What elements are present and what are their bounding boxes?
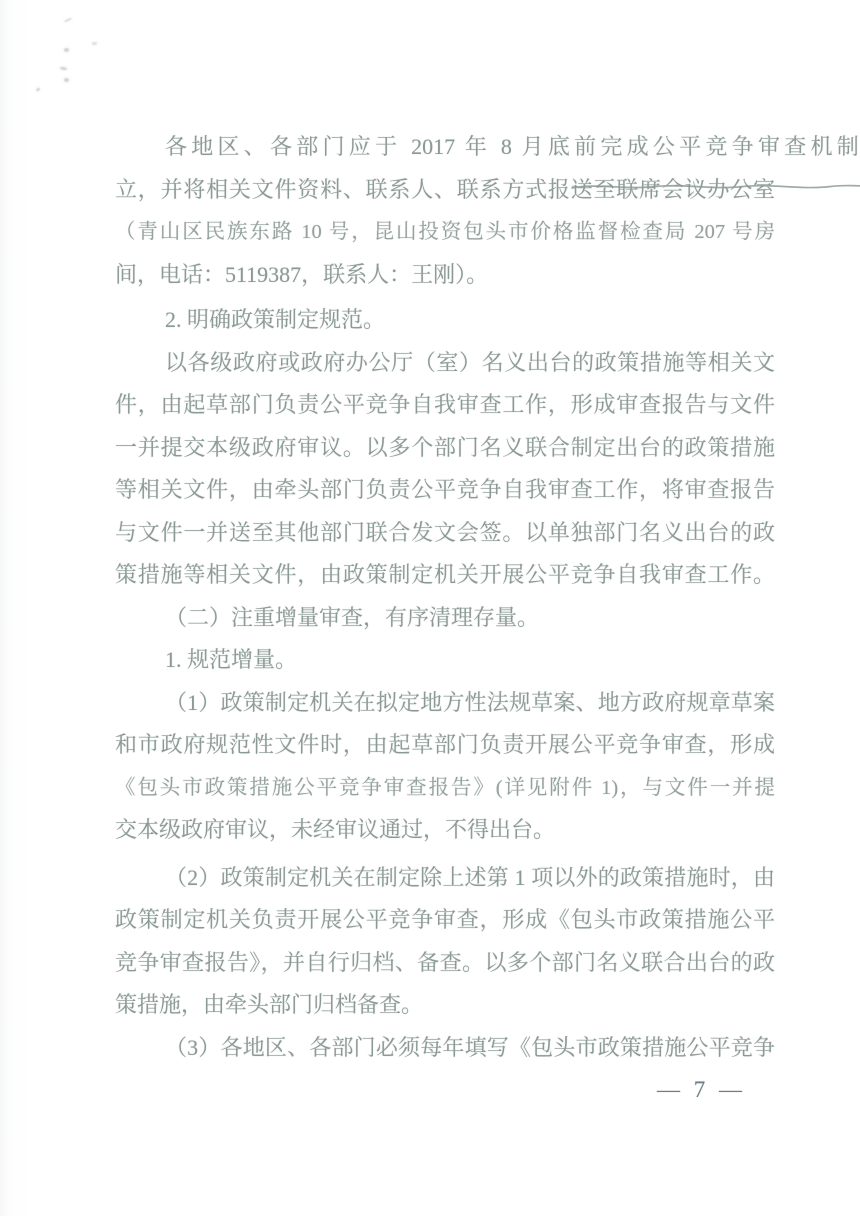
para4-line3: 竞争审查报告》，并自行归档、备查。以多个部门名义联合出台的政 [115, 942, 775, 985]
scan-speckle [60, 66, 67, 70]
para4-line1: （2）政策制定机关在制定除上述第 1 项以外的政策措施时，由 [115, 857, 775, 900]
para1-line4: 间，电话：5119387，联系人：王刚）。 [115, 254, 775, 297]
heading-item-1: 1. 规范增量。 [115, 639, 775, 682]
para2-line4: 等相关文件，由牵头部门负责公平竞争自我审查工作，将审查报告 [115, 469, 775, 512]
underlined-text: 完成公平竞争审查机制建 [600, 134, 860, 159]
scan-speckle [64, 48, 69, 52]
para3-line4: 交本级政府审议，未经审议通过，不得出台。 [115, 809, 775, 852]
para4-line2: 政策制定机关负责开展公平竞争审查，形成《包头市政策措施公平 [115, 899, 775, 942]
para2-line2: 件，由起草部门负责公平竞争自我审查工作，形成审查报告与文件 [115, 384, 775, 427]
scan-speckle [64, 17, 72, 22]
scan-speckle [92, 42, 97, 45]
scanned-document-page: 各地区、各部门应于 2017 年 8 月底前完成公平竞争审查机制建 立，并将相关… [0, 0, 860, 1216]
para3-line3: 《包头市政策措施公平竞争审查报告》(详见附件 1)，与文件一并提 [115, 767, 775, 810]
underlined-phrase: 完成公平竞争审查机制建 [600, 134, 860, 159]
para1-line1: 各地区、各部门应于 2017 年 8 月底前完成公平竞争审查机制建 [115, 126, 860, 169]
para2-line6: 策措施等相关文件，由政策制定机关开展公平竞争自我审查工作。 [115, 554, 775, 597]
heading-item-2: 2. 明确政策制定规范。 [115, 299, 775, 342]
section-heading-2: （二）注重增量审查，有序清理存量。 [115, 597, 775, 640]
para5-line1: （3）各地区、各部门必须每年填写《包头市政策措施公平竞争 [115, 1027, 775, 1070]
para2-line5: 与文件一并送至其他部门联合发文会签。以单独部门名义出台的政 [115, 512, 775, 555]
para3-line2: 和市政府规范性文件时，由起草部门负责开展公平竞争审查，形成 [115, 724, 775, 767]
para2-line1: 以各级政府或政府办公厅（室）名义出台的政策措施等相关文 [115, 342, 775, 385]
scan-speckle [64, 78, 69, 82]
page-number: — 7 — [657, 1074, 746, 1106]
line-text: 各地区、各部门应于 2017 年 8 月底前 [165, 134, 600, 159]
scan-speckle [36, 87, 41, 92]
para1-line3: （青山区民族东路 10 号，昆山投资包头市价格监督检查局 207 号房 [115, 211, 775, 254]
para4-line4: 策措施，由牵头部门归档备查。 [115, 984, 775, 1027]
document-text-block: 各地区、各部门应于 2017 年 8 月底前完成公平竞争审查机制建 立，并将相关… [115, 126, 775, 1069]
para3-line1: （1）政策制定机关在拟定地方性法规草案、地方政府规章草案 [115, 682, 775, 725]
para2-line3: 一并提交本级政府审议。以多个部门名义联合制定出台的政策措施 [115, 427, 775, 470]
para1-line2: 立，并将相关文件资料、联系人、联系方式报送至联席会议办公室 [115, 169, 775, 212]
